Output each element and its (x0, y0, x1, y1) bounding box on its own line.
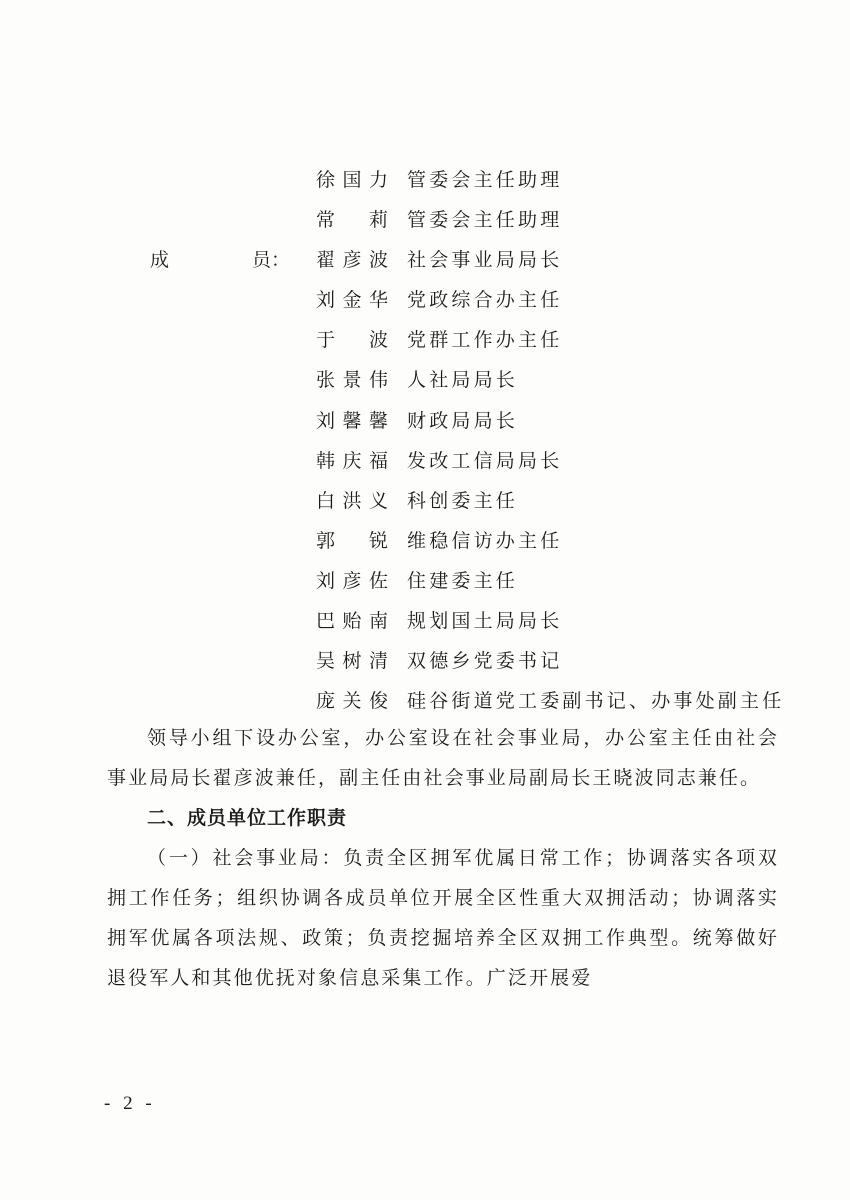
member-name: 韩庆福 (316, 441, 388, 481)
member-row: 吴树清 双德乡党委书记 (0, 641, 850, 681)
member-name: 白洪义 (316, 481, 388, 521)
member-name: 徐国力 (316, 160, 388, 200)
duty-paragraph: （一）社会事业局：负责全区拥军优属日常工作；协调落实各项双拥工作任务；组织协调各… (107, 838, 779, 998)
member-title: 硅谷街道党工委副书记、办事处副主任 (407, 681, 784, 721)
member-name: 吴树清 (316, 641, 388, 681)
member-name: 常莉 (316, 200, 388, 240)
member-name: 于波 (316, 320, 388, 360)
member-row: 刘彦佐 住建委主任 (0, 561, 850, 601)
member-title: 社会事业局局长 (407, 240, 562, 280)
member-title: 人社局局长 (407, 360, 518, 400)
document-page: 徐国力 管委会主任助理 常莉 管委会主任助理 成 员： 翟彦波 社会事业局局长 … (0, 0, 850, 1200)
member-name: 张景伟 (316, 360, 388, 400)
member-title: 党政综合办主任 (407, 280, 562, 320)
member-row: 巴贻南 规划国土局局长 (0, 601, 850, 641)
member-row: 常莉 管委会主任助理 (0, 200, 850, 240)
member-list: 徐国力 管委会主任助理 常莉 管委会主任助理 成 员： 翟彦波 社会事业局局长 … (0, 160, 850, 721)
member-row: 韩庆福 发改工信局局长 (0, 441, 850, 481)
member-title: 管委会主任助理 (407, 200, 562, 240)
member-row: 白洪义 科创委主任 (0, 481, 850, 521)
member-title: 科创委主任 (407, 481, 518, 521)
member-name: 刘馨馨 (316, 401, 388, 441)
member-row: 庞关俊 硅谷街道党工委副书记、办事处副主任 (0, 681, 850, 721)
member-row: 张景伟 人社局局长 (0, 360, 850, 400)
member-title: 发改工信局局长 (407, 441, 562, 481)
member-title: 财政局局长 (407, 401, 518, 441)
member-title: 双德乡党委书记 (407, 641, 562, 681)
body-text: 领导小组下设办公室，办公室设在社会事业局，办公室主任由社会事业局局长翟彦波兼任，… (107, 718, 779, 998)
section-heading: 二、成员单位工作职责 (107, 798, 779, 838)
member-name: 翟彦波 (316, 240, 388, 280)
duty-lead: （一）社会事业局： (147, 847, 343, 869)
member-name: 刘彦佐 (316, 561, 388, 601)
member-title: 管委会主任助理 (407, 160, 562, 200)
page-number: - 2 - (104, 1093, 156, 1115)
member-row: 刘金华 党政综合办主任 (0, 280, 850, 320)
office-paragraph: 领导小组下设办公室，办公室设在社会事业局，办公室主任由社会事业局局长翟彦波兼任，… (107, 718, 779, 798)
member-row: 郭锐 维稳信访办主任 (0, 521, 850, 561)
member-row: 徐国力 管委会主任助理 (0, 160, 850, 200)
member-name: 巴贻南 (316, 601, 388, 641)
members-label: 成 员： (150, 240, 290, 280)
member-row: 于波 党群工作办主任 (0, 320, 850, 360)
member-title: 住建委主任 (407, 561, 518, 601)
member-name: 庞关俊 (316, 681, 388, 721)
member-row: 成 员： 翟彦波 社会事业局局长 (0, 240, 850, 280)
member-title: 规划国土局局长 (407, 601, 562, 641)
member-name: 刘金华 (316, 280, 388, 320)
member-row: 刘馨馨 财政局局长 (0, 401, 850, 441)
member-name: 郭锐 (316, 521, 388, 561)
member-title: 党群工作办主任 (407, 320, 562, 360)
member-title: 维稳信访办主任 (407, 521, 562, 561)
